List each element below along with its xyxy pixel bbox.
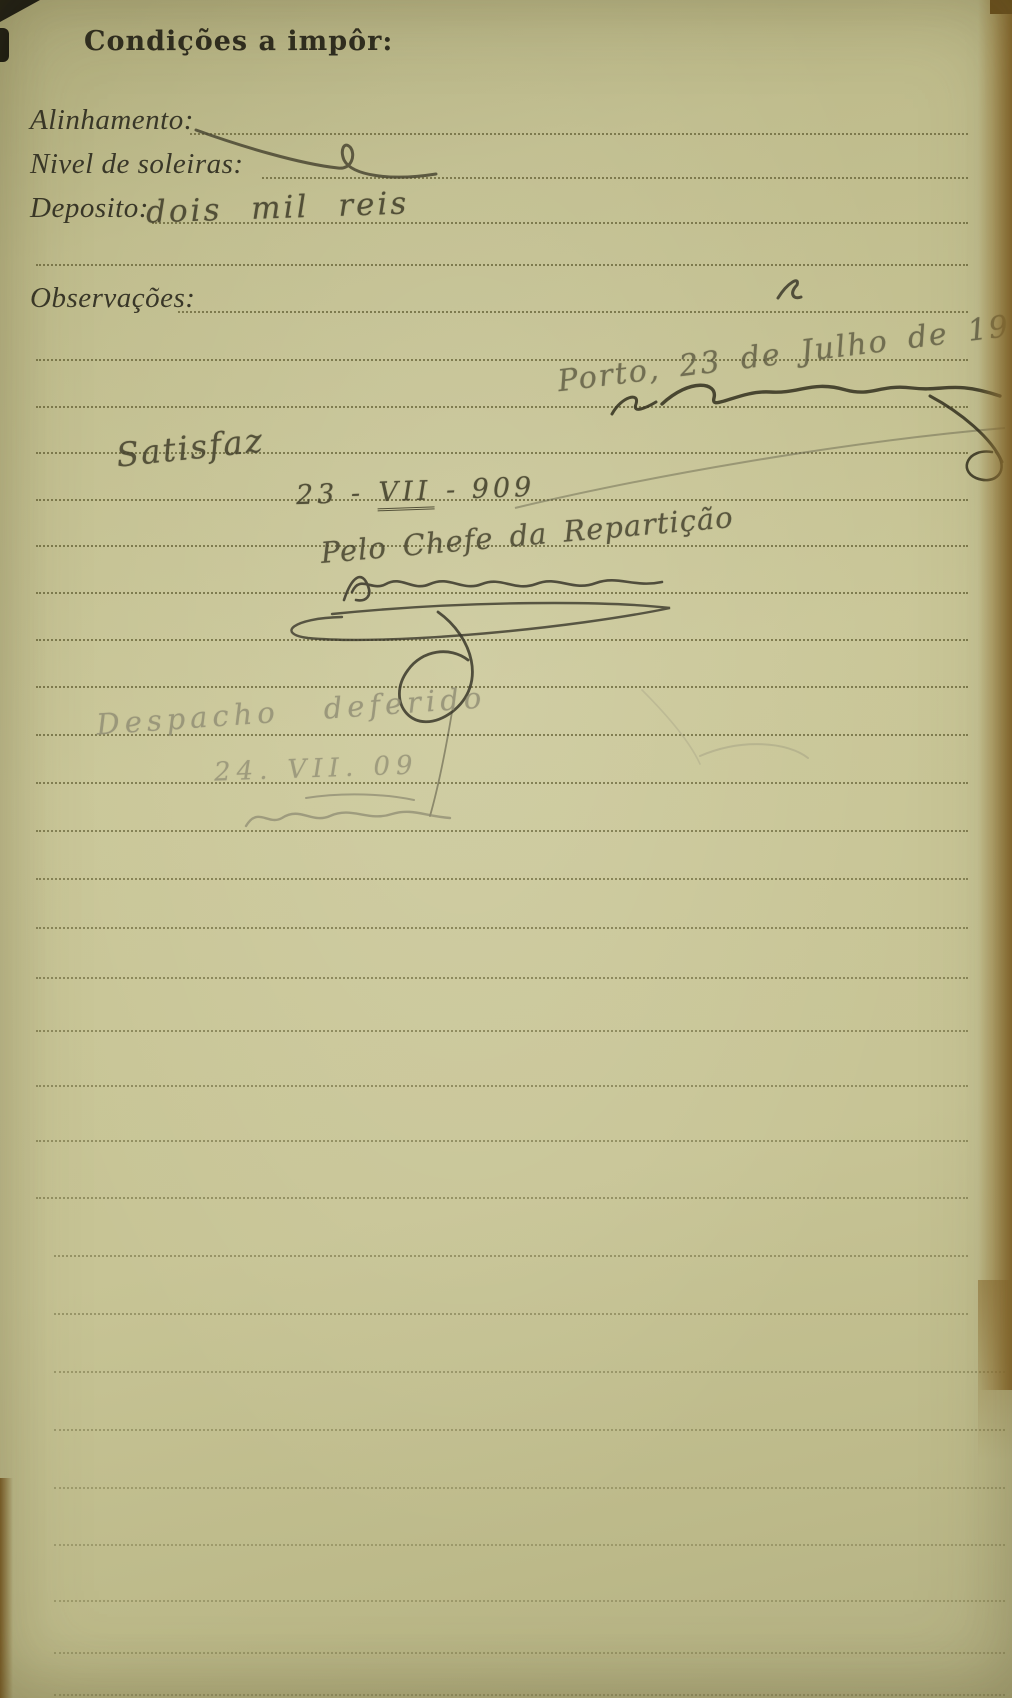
ink-strokes-overlay <box>0 0 1012 1698</box>
scanned-document-page: Condições a impôr: Alinhamento: Nivel de… <box>0 0 1012 1698</box>
handwriting-pencil-note: Despacho deferido <box>95 680 487 741</box>
ruled-line <box>36 264 968 266</box>
ruled-line <box>36 1030 968 1032</box>
page-corner-top-right <box>990 0 1012 14</box>
ruled-line <box>262 177 968 179</box>
field-label-deposito: Deposito: <box>30 192 149 225</box>
ruled-line <box>54 1652 1005 1654</box>
ruled-line <box>36 782 968 784</box>
engineer-signature-scribble <box>612 385 1002 480</box>
field-label-nivel-de-soleiras: Nivel de soleiras: <box>30 148 244 181</box>
short-date-year: - 909 <box>446 472 536 506</box>
ruled-line <box>36 977 968 979</box>
handwriting-approval: Satisfaz <box>114 420 266 474</box>
field-label-alinhamento: Alinhamento: <box>30 104 194 137</box>
page-edge-bottom-left <box>0 1478 13 1698</box>
ruled-line <box>36 1085 968 1087</box>
ruled-line <box>54 1313 968 1315</box>
field-label-observacoes: Observações: <box>30 282 195 315</box>
ruled-line <box>54 1694 1005 1696</box>
page-edge-left-notch <box>0 28 9 62</box>
ruled-line <box>178 311 968 313</box>
page-title: Condições a impôr: <box>84 26 393 57</box>
ruled-line <box>54 1544 1005 1546</box>
ruled-line <box>36 406 968 408</box>
ruled-line <box>36 1140 968 1142</box>
ruled-line <box>36 830 968 832</box>
page-edge-right <box>978 0 1012 1390</box>
ruled-line <box>54 1600 1005 1602</box>
handwriting-short-date: 23 - VII - 909 <box>296 472 536 511</box>
pencil-faint-strokes <box>642 690 808 764</box>
ruled-line <box>36 639 968 641</box>
page-corner-top-left <box>0 0 40 22</box>
chief-signature-scribble <box>344 577 662 600</box>
ruled-line <box>54 1371 1005 1373</box>
ruled-line <box>190 133 968 135</box>
photo-vignette <box>0 0 1012 1698</box>
ruled-line <box>36 592 968 594</box>
pencil-signature-scribble <box>246 794 450 826</box>
ruled-line <box>36 878 968 880</box>
short-date-day: 23 - <box>296 478 365 511</box>
long-arc-stroke <box>515 428 1005 508</box>
ruled-line <box>36 1197 968 1199</box>
ruled-line <box>54 1255 968 1257</box>
ruled-line <box>36 686 968 688</box>
page-edge-right-fade <box>978 1280 1012 1460</box>
ink-tick-mark <box>778 281 801 298</box>
ruled-line <box>54 1487 1005 1489</box>
ruled-line <box>54 1429 1005 1431</box>
ruled-line <box>36 927 968 929</box>
short-date-month: VII <box>376 475 434 511</box>
handwriting-place-date: Porto, 23 de Julho de 1909 <box>556 304 1012 399</box>
